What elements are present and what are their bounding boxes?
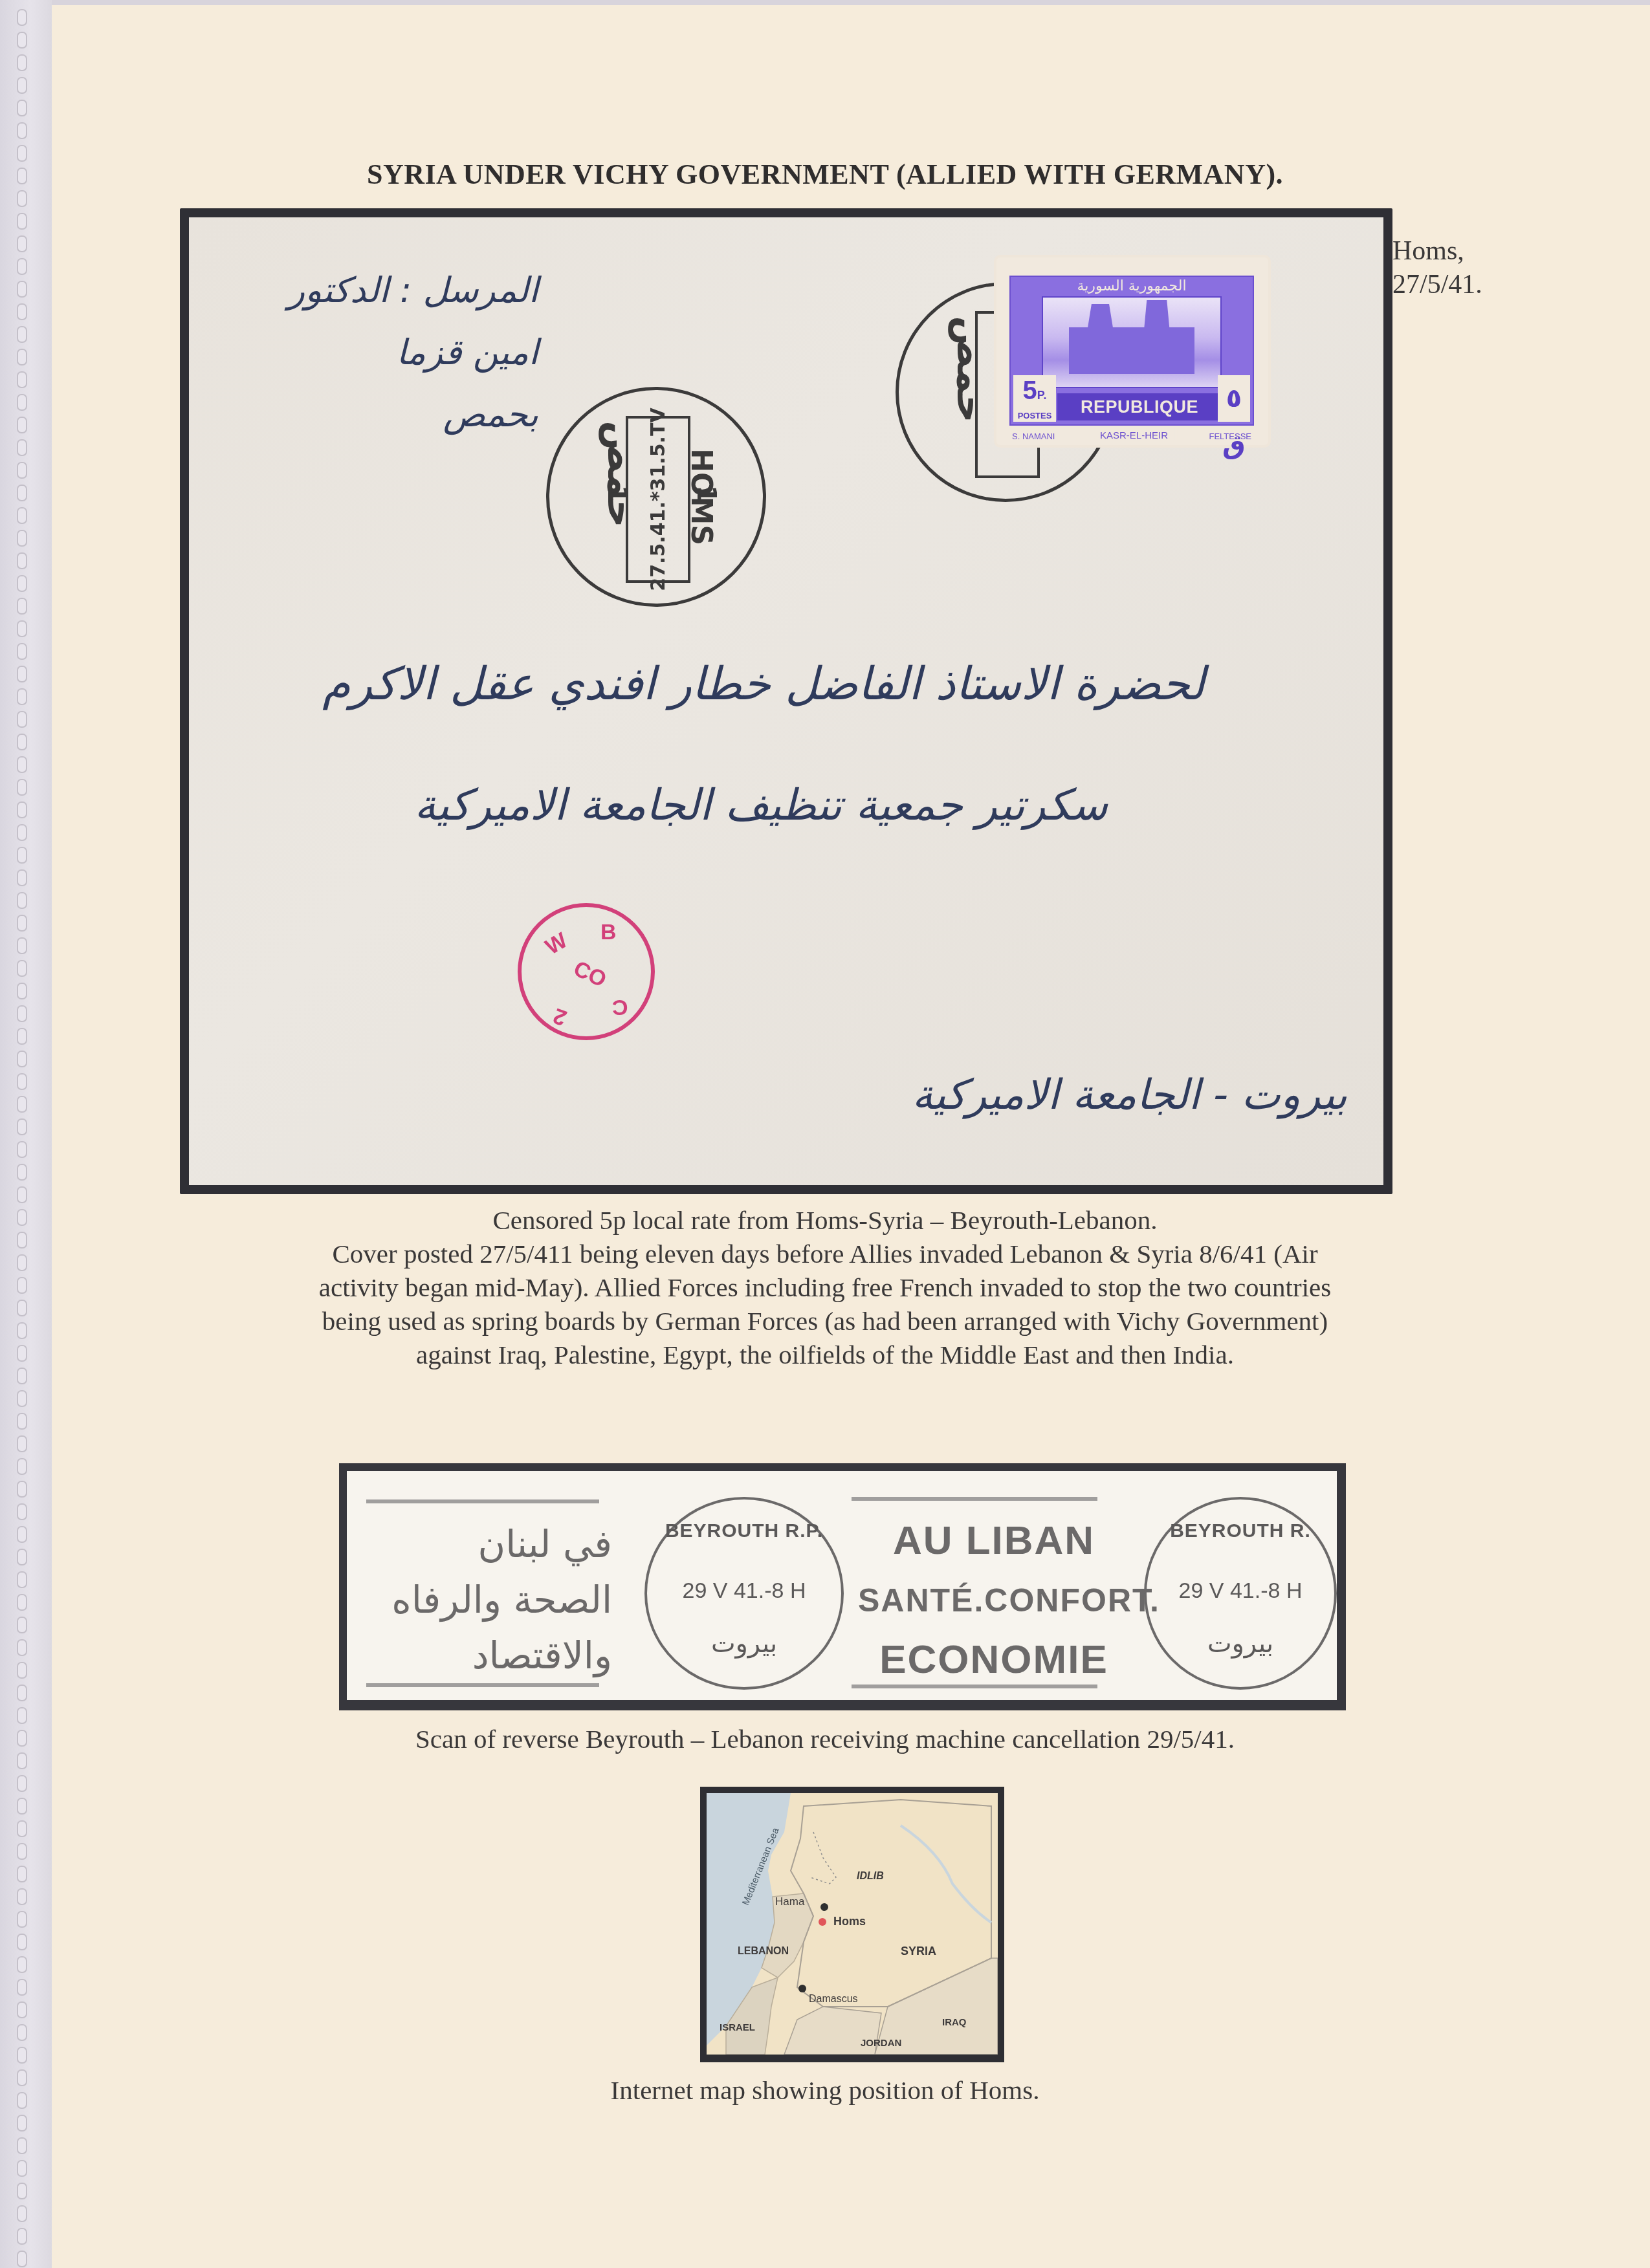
binder-hole [17, 235, 27, 252]
binder-strip [0, 0, 52, 2268]
stamp-subject: KASR-EL-HEIR [1100, 430, 1168, 441]
binder-hole [17, 1639, 27, 1656]
sender-line: امين قزما [267, 322, 538, 384]
binder-hole [17, 1390, 27, 1407]
binder-hole [17, 892, 27, 909]
cover-frame: المرسل : الدكتور امين قزما بحمص حمص 1 27… [180, 208, 1392, 1194]
caption-line: against Iraq, Palestine, Egypt, the oilf… [0, 1338, 1650, 1371]
side-note-date: 27/5/41. [1392, 268, 1482, 301]
postmark-city: HOMS [685, 448, 718, 545]
binder-hole [17, 1617, 27, 1633]
binder-hole [17, 2228, 27, 2245]
binder-hole [17, 213, 27, 230]
map-country-iraq: IRAQ [942, 2017, 967, 2028]
binder-hole [17, 281, 27, 298]
binder-hole [17, 1662, 27, 1679]
slogan-line: والاقتصاد [366, 1628, 612, 1683]
beyrouth-datestamp-2: BEYROUTH R. 29 V 41.-8 H بيروت [1144, 1497, 1337, 1690]
datestamp-office: BEYROUTH R.P. [647, 1520, 841, 1542]
binder-hole [17, 2047, 27, 2064]
stamp-value-arabic: ٥ ق [1218, 375, 1250, 422]
binder-hole [17, 2160, 27, 2177]
castle-icon [1069, 296, 1194, 374]
datestamp-date: 29 V 41.-8 H [1147, 1578, 1334, 1604]
binder-hole [17, 824, 27, 841]
stamp-value-number: 5P. [1013, 375, 1056, 411]
map-frame: Mediterranean Sea IDLIB Hama Homs LEBANO… [700, 1787, 1004, 2062]
binder-hole [17, 801, 27, 818]
binder-hole [17, 1979, 27, 1996]
binder-hole [17, 485, 27, 501]
censor-letter: B [600, 920, 617, 945]
slogan-line: الصحة والرفاه [366, 1572, 612, 1628]
stamp-design: الجمهورية السورية REPUBLIQUE SYRIENNE 5P… [1009, 276, 1254, 426]
scan-caption: Scan of reverse Beyrouth – Lebanon recei… [0, 1723, 1650, 1754]
binder-hole [17, 1073, 27, 1090]
binder-hole [17, 1186, 27, 1203]
stamp-picture [1042, 296, 1222, 388]
stamp-designer: S. NAMANI [1012, 431, 1055, 441]
slogan-line: SANTÉ.CONFORT. [858, 1571, 1130, 1630]
censor-letter: CO [569, 956, 610, 993]
binder-hole [17, 620, 27, 637]
binder-hole [17, 349, 27, 365]
sender-line: المرسل : الدكتور [267, 259, 538, 322]
binder-hole [17, 122, 27, 139]
page-title: SYRIA UNDER VICHY GOVERNMENT (ALLIED WIT… [0, 158, 1650, 191]
binder-hole [17, 643, 27, 660]
binder-hole [17, 1571, 27, 1588]
binder-hole [17, 1707, 27, 1724]
binder-hole [17, 32, 27, 49]
cover-envelope: المرسل : الدكتور امين قزما بحمص حمص 1 27… [189, 217, 1383, 1185]
binder-hole [17, 937, 27, 954]
slogan-line: AU LIBAN [858, 1511, 1130, 1571]
map-country-syria: SYRIA [901, 1945, 936, 1958]
binder-hole [17, 2137, 27, 2154]
stamp-postes: POSTES [1013, 411, 1056, 420]
binder-hole [17, 1005, 27, 1022]
binder-hole [17, 575, 27, 592]
arabic-slogan: في لبنان الصحة والرفاه والاقتصاد [366, 1516, 612, 1683]
binder-hole [17, 530, 27, 547]
binder-hole [17, 1911, 27, 1928]
map-place-damascus: Damascus [809, 1994, 858, 2005]
binder-hole [17, 77, 27, 94]
binder-hole [17, 1051, 27, 1067]
stamp-engraver: FELTESSE [1209, 431, 1251, 441]
binder-hole [17, 847, 27, 864]
homs-dot-icon [819, 1918, 826, 1926]
binder-hole [17, 1866, 27, 1882]
binder-hole [17, 1775, 27, 1792]
homs-postmark: حمص 1 27.5.41.*31.5.TV 1 HOMS [546, 387, 766, 607]
censor-letter: 2 [550, 1003, 570, 1030]
binder-hole [17, 2205, 27, 2222]
binder-hole [17, 1141, 27, 1158]
cancellation-scan-frame: في لبنان الصحة والرفاه والاقتصاد BEYROUT… [339, 1463, 1346, 1710]
beyrouth-datestamp: BEYROUTH R.P. 29 V 41.-8 H بيروت [644, 1497, 844, 1690]
binder-hole [17, 1458, 27, 1475]
sender-line: بحمص [267, 384, 538, 446]
binder-hole [17, 734, 27, 750]
binder-hole [17, 326, 27, 343]
binder-hole [17, 507, 27, 524]
binder-hole [17, 1843, 27, 1860]
map-place-hama: Hama [775, 1895, 804, 1908]
datestamp-arabic: بيروت [1147, 1629, 1334, 1659]
censor-letter: W [541, 928, 571, 961]
binder-hole [17, 303, 27, 320]
binder-hole [17, 1752, 27, 1769]
postmark-date-box: 27.5.41.*31.5.TV [626, 416, 690, 583]
binder-hole [17, 1028, 27, 1045]
binder-hole [17, 1594, 27, 1611]
binder-hole [17, 54, 27, 71]
binder-hole [17, 2001, 27, 2018]
cancellation-scan: في لبنان الصحة والرفاه والاقتصاد BEYROUT… [347, 1471, 1337, 1700]
hama-dot-icon [820, 1903, 828, 1911]
binder-hole [17, 1549, 27, 1565]
binder-hole [17, 1435, 27, 1452]
caption-line: Cover posted 27/5/411 being eleven days … [0, 1237, 1650, 1270]
stamp-country-arabic: الجمهورية السورية [1011, 278, 1253, 294]
binder-hole [17, 983, 27, 999]
binder-hole [17, 2115, 27, 2132]
binder-hole [17, 1503, 27, 1520]
binder-hole [17, 2024, 27, 2041]
map-country-jordan: JORDAN [861, 2038, 901, 2049]
recipient-line: لحضرة الاستاذ الفاضل خطار افندي عقل الاك… [234, 657, 1205, 710]
binder-hole [17, 1798, 27, 1815]
binder-hole [17, 666, 27, 682]
side-note: Homs, 27/5/41. [1392, 234, 1482, 301]
binder-hole [17, 462, 27, 479]
binder-hole [17, 915, 27, 932]
binder-hole [17, 1481, 27, 1498]
recipient-line: سكرتير جمعية تنظيف الجامعة الاميركية [241, 780, 1108, 830]
binder-hole [17, 552, 27, 569]
binder-hole [17, 394, 27, 411]
binder-hole [17, 1118, 27, 1135]
binder-hole [17, 1820, 27, 1837]
cover-caption: Censored 5p local rate from Homs-Syria –… [0, 1203, 1650, 1371]
stamp-value: 5P. POSTES [1013, 375, 1056, 422]
syria-map: Mediterranean Sea IDLIB Hama Homs LEBANO… [707, 1793, 998, 2055]
binder-hole [17, 1413, 27, 1430]
map-country-lebanon: LEBANON [738, 1946, 789, 1957]
binder-hole [17, 756, 27, 773]
map-place-idlib: IDLIB [857, 1871, 884, 1882]
map-country-israel: ISRAEL [720, 2022, 755, 2033]
french-slogan: AU LIBAN SANTÉ.CONFORT. ECONOMIE [858, 1511, 1130, 1690]
binder-hole [17, 1526, 27, 1543]
binder-hole [17, 417, 27, 433]
censor-mark: W B CO C 2 [518, 903, 655, 1040]
binder-hole [17, 439, 27, 456]
slogan-line: ECONOMIE [858, 1630, 1130, 1690]
binder-hole [17, 711, 27, 728]
binder-hole [17, 1096, 27, 1113]
binder-hole [17, 100, 27, 116]
binder-hole [17, 688, 27, 705]
postage-stamp: الجمهورية السورية REPUBLIQUE SYRIENNE 5P… [996, 257, 1268, 445]
binder-hole [17, 869, 27, 886]
recipient-city-line: بيروت - الجامعة الاميركية [661, 1071, 1347, 1119]
sender-address: المرسل : الدكتور امين قزما بحمص [267, 259, 538, 446]
binder-hole [17, 1888, 27, 1905]
binder-hole [17, 1164, 27, 1181]
binder-hole [17, 960, 27, 977]
damascus-dot-icon [798, 1985, 806, 1992]
datestamp-date: 29 V 41.-8 H [647, 1578, 841, 1604]
datestamp-office: BEYROUTH R. [1147, 1520, 1334, 1542]
map-caption: Internet map showing position of Homs. [0, 2075, 1650, 2106]
datestamp-arabic: بيروت [647, 1629, 841, 1659]
stamp-country: REPUBLIQUE SYRIENNE [1057, 393, 1222, 420]
binder-hole [17, 371, 27, 388]
binder-hole [17, 779, 27, 796]
binder-hole [17, 9, 27, 26]
censor-letter: C [612, 994, 628, 1020]
binder-hole [17, 190, 27, 207]
map-place-homs: Homs [833, 1915, 866, 1928]
top-edge [52, 0, 1650, 5]
binder-hole [17, 1956, 27, 1973]
binder-hole [17, 2251, 27, 2267]
binder-hole [17, 598, 27, 615]
binder-hole [17, 1934, 27, 1950]
side-note-place: Homs, [1392, 234, 1482, 268]
caption-line: Censored 5p local rate from Homs-Syria –… [0, 1203, 1650, 1237]
caption-line: being used as spring boards by German Fo… [0, 1304, 1650, 1338]
binder-hole [17, 1685, 27, 1701]
binder-hole [17, 2183, 27, 2199]
caption-line: activity began mid-May). Allied Forces i… [0, 1270, 1650, 1304]
postmark-date: 27.5.41.*31.5.TV [647, 408, 670, 591]
slogan-line: في لبنان [366, 1516, 612, 1572]
binder-hole [17, 258, 27, 275]
